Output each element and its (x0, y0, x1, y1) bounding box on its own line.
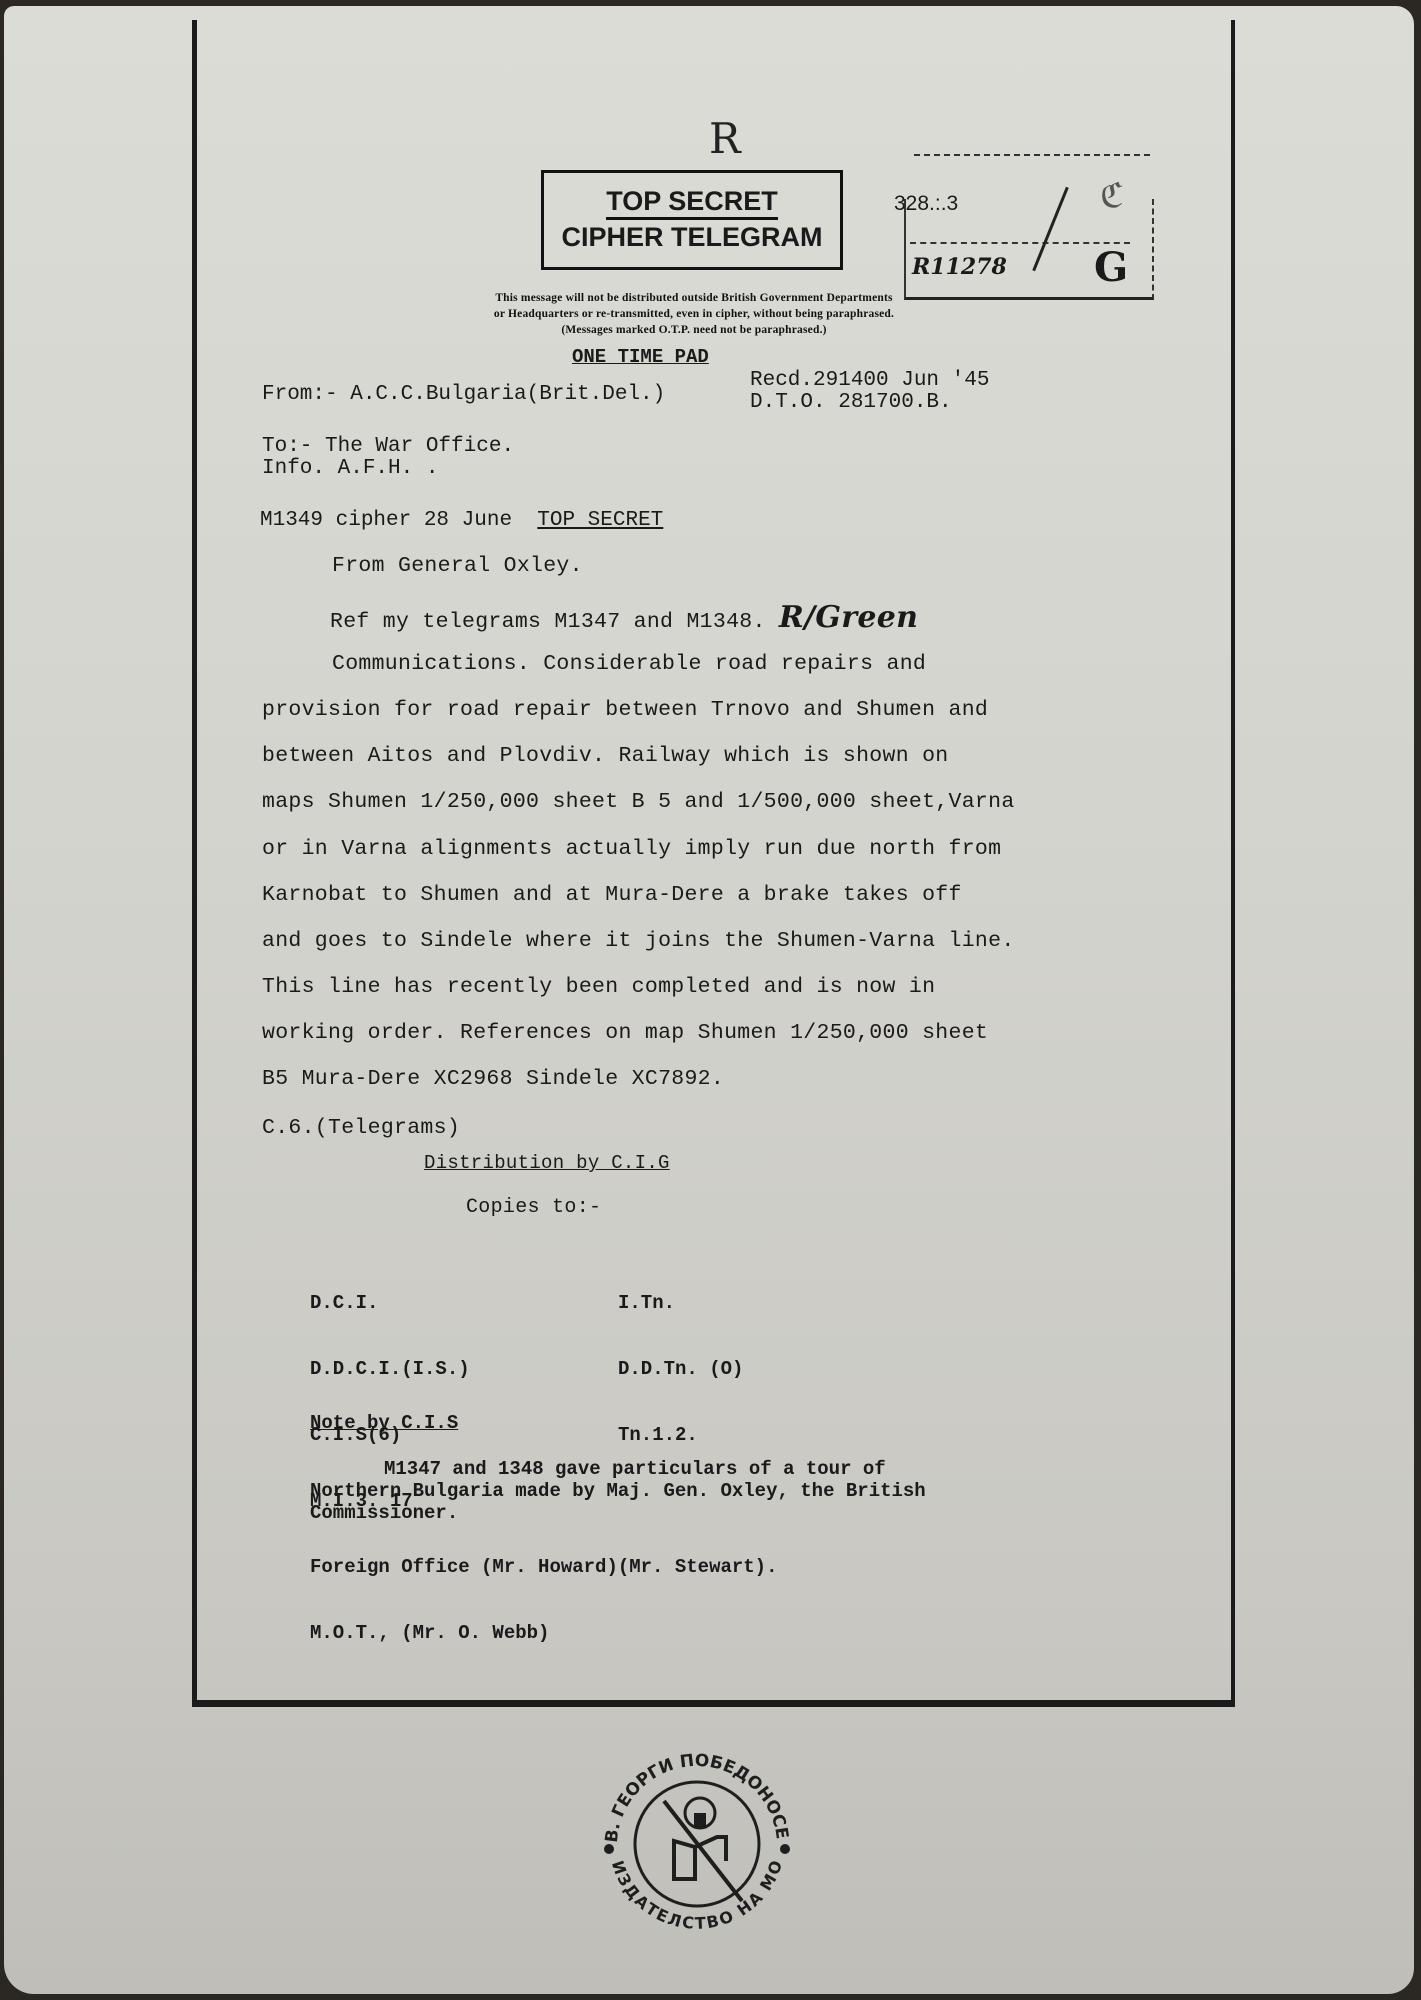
ref-text: Ref my telegrams M1347 and M1348. (330, 610, 766, 634)
recipient: Tn.1.2. (618, 1424, 743, 1446)
classification-box: TOP SECRET CIPHER TELEGRAM (541, 170, 843, 270)
recipient: D.D.Tn. (O) (618, 1358, 743, 1380)
stamp-dash-line (914, 154, 1150, 156)
stamp-number: 328.:.3 (894, 192, 958, 216)
st-george-logo-icon: СВ. ГЕОРГИ ПОБЕДОНОСЕЦ ИЗДАТЕЛСТВО НА МО (592, 1741, 802, 1941)
otp-label: ONE TIME PAD (572, 346, 709, 368)
svg-text:СВ. ГЕОРГИ ПОБЕДОНОСЕЦ: СВ. ГЕОРГИ ПОБЕДОНОСЕЦ (592, 1741, 792, 1844)
handwritten-r-mark: R (709, 114, 741, 163)
recipient: Foreign Office (Mr. Howard)(Mr. Stewart)… (310, 1556, 777, 1578)
classification-cipher-telegram: CIPHER TELEGRAM (544, 222, 840, 253)
stamp-faded-letter: ℭ (1100, 176, 1124, 216)
page-sheet: R TOP SECRET CIPHER TELEGRAM 328.:.3 R11… (4, 6, 1414, 1994)
paragraph-line: between Aitos and Plovdiv. Railway which… (262, 744, 949, 768)
stamp-letter: G (1094, 244, 1128, 291)
paragraph-line: B5 Mura-Dere XC2968 Sindele XC7892. (262, 1067, 724, 1091)
section-label: C.6.(Telegrams) (262, 1116, 460, 1140)
message-ref-prefix: M1349 cipher 28 June (260, 509, 512, 532)
recipient: I.Tn. (618, 1292, 743, 1314)
copies-label: Copies to:- (466, 1196, 601, 1219)
svg-text:ИЗДАТЕЛСТВО НА МО: ИЗДАТЕЛСТВО НА МО (608, 1858, 786, 1933)
distribution-notice: This message will not be distributed out… (344, 290, 1044, 338)
distribution-right-column: I.Tn. D.D.Tn. (O) Tn.1.2. (618, 1248, 743, 1490)
classification-top-secret: TOP SECRET (606, 185, 778, 220)
message-classification: TOP SECRET (537, 509, 663, 532)
paragraph-line: and goes to Sindele where it joins the S… (262, 929, 1015, 953)
recipient: M.O.T., (Mr. O. Webb) (310, 1622, 777, 1644)
distribution-title: Distribution by C.I.G (424, 1152, 670, 1174)
stamp-reference: R11278 (912, 254, 1007, 280)
message-reference: M1349 cipher 28 June TOP SECRET (260, 508, 663, 534)
handwritten-annotation: R/Green (779, 600, 918, 635)
paragraph-line: or in Varna alignments actually imply ru… (262, 837, 1001, 861)
paragraph-line: provision for road repair between Trnovo… (262, 698, 988, 722)
info-line: Info. A.F.H. . (262, 456, 438, 482)
paragraph-line: maps Shumen 1/250,000 sheet B 5 and 1/50… (262, 790, 1015, 814)
logo-bottom-text: ИЗДАТЕЛСТВО НА МО (608, 1858, 786, 1933)
note-line: Northern Bulgaria made by Maj. Gen. Oxle… (310, 1480, 926, 1502)
paragraph-line: working order. References on map Shumen … (262, 1021, 988, 1045)
paragraph-line: This line has recently been completed an… (262, 975, 935, 999)
registry-stamp: 328.:.3 R11278 ℭ G (904, 154, 1154, 304)
paragraph-line: Karnobat to Shumen and at Mura-Dere a br… (262, 883, 962, 907)
body-ref-line: Ref my telegrams M1347 and M1348. R/Gree… (330, 600, 918, 635)
body-from-line: From General Oxley. (332, 554, 583, 578)
note-line: Commissioner. (310, 1502, 458, 1524)
note-line: M1347 and 1348 gave particulars of a tou… (384, 1458, 886, 1480)
paragraph-line: Communications. Considerable road repair… (332, 652, 926, 676)
publisher-logo: СВ. ГЕОРГИ ПОБЕДОНОСЕЦ ИЗДАТЕЛСТВО НА МО (592, 1741, 802, 1941)
notice-line: This message will not be distributed out… (344, 290, 1044, 306)
logo-top-text: СВ. ГЕОРГИ ПОБЕДОНОСЕЦ (592, 1741, 792, 1844)
notice-line: or Headquarters or re-transmitted, even … (344, 306, 1044, 322)
from-line: From:- A.C.C.Bulgaria(Brit.Del.) (262, 382, 665, 408)
notice-line: (Messages marked O.T.P. need not be para… (344, 322, 1044, 338)
note-title: Note by C.I.S (310, 1412, 458, 1434)
dto-line: D.T.O. 281700.B. (750, 390, 952, 416)
